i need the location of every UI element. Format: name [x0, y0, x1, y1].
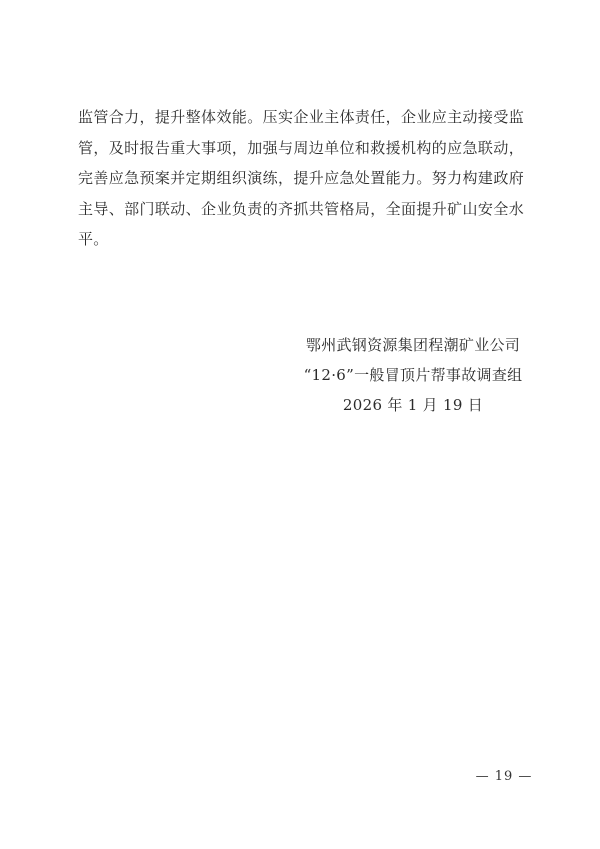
signature-organization: 鄂州武钢资源集团程潮矿业公司	[258, 330, 568, 360]
signature-date: 2026 年 1 月 19 日	[258, 390, 568, 420]
body-paragraph: 监管合力，提升整体效能。压实企业主体责任，企业应主动接受监 管，及时报告重大事项…	[78, 102, 524, 255]
page-footer: — 19 —	[0, 769, 600, 793]
document-page: 监管合力，提升整体效能。压实企业主体责任，企业应主动接受监 管，及时报告重大事项…	[0, 0, 600, 849]
signature-block: 鄂州武钢资源集团程潮矿业公司 “12·6”一般冒顶片帮事故调查组 2026 年 …	[258, 330, 568, 420]
paragraph-line: 平。	[78, 224, 524, 255]
paragraph-line: 完善应急预案并定期组织演练，提升应急处置能力。努力构建政府	[78, 163, 524, 194]
paragraph-line: 主导、部门联动、企业负责的齐抓共管格局，全面提升矿山安全水	[78, 194, 524, 225]
paragraph-line: 管，及时报告重大事项，加强与周边单位和救援机构的应急联动，	[78, 133, 524, 164]
signature-investigation-group: “12·6”一般冒顶片帮事故调查组	[258, 360, 568, 390]
paragraph-line: 监管合力，提升整体效能。压实企业主体责任，企业应主动接受监	[78, 102, 524, 133]
page-number: — 19 —	[468, 769, 540, 784]
